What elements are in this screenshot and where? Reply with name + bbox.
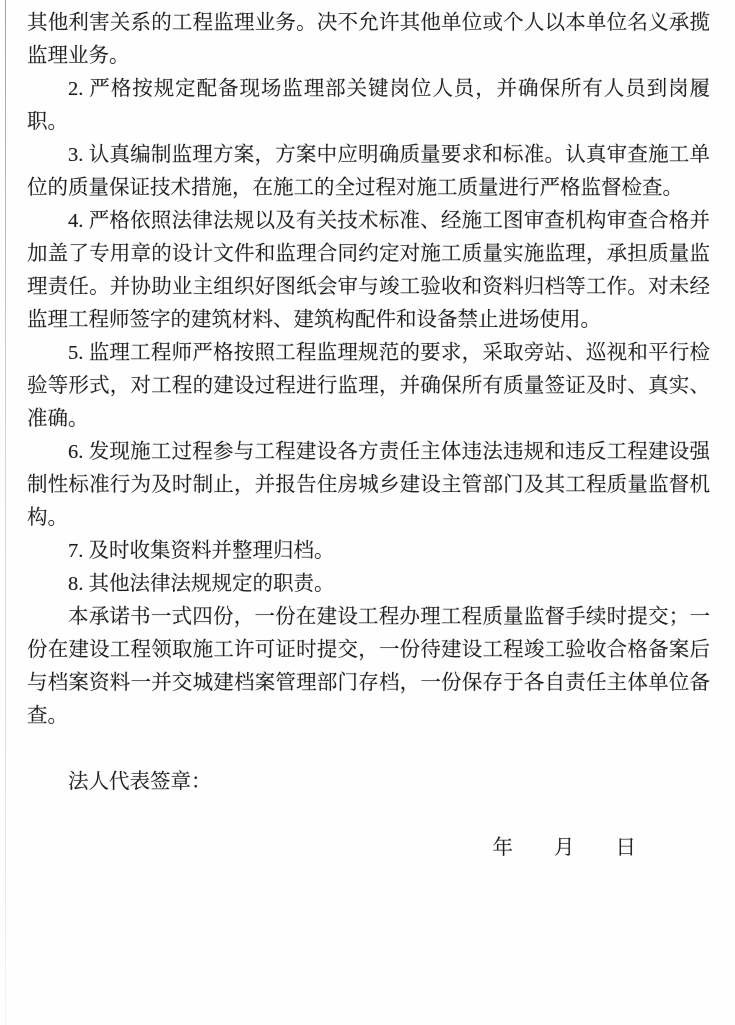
body-paragraph-item-4: 4. 严格依照法律法规以及有关技术标准、经施工图审查机构审查合格并加盖了专用章的… (27, 205, 710, 337)
body-paragraph-item-2: 2. 严格按规定配备现场监理部关键岗位人员，并确保所有人员到岗履职。 (27, 73, 710, 139)
body-paragraph-continuation: 其他利害关系的工程监理业务。决不允许其他单位或个人以本单位名义承揽监理业务。 (27, 7, 710, 73)
legal-representative-signature-label: 法人代表签章： (27, 766, 710, 799)
document-page: 其他利害关系的工程监理业务。决不允许其他单位或个人以本单位名义承揽监理业务。 2… (0, 0, 735, 1025)
body-paragraph-item-8: 8. 其他法律法规规定的职责。 (27, 568, 710, 601)
body-paragraph-item-6: 6. 发现施工过程参与工程建设各方责任主体违法违规和违反工程建设强制性标准行为及… (27, 436, 710, 535)
body-paragraph-closing: 本承诺书一式四份，一份在建设工程办理工程质量监督手续时提交；一份在建设工程领取施… (27, 601, 710, 733)
scan-artifact-line (5, 0, 6, 1025)
body-paragraph-item-7: 7. 及时收集资料并整理归档。 (27, 535, 710, 568)
date-line: 年 月 日 (27, 832, 710, 865)
body-paragraph-item-5: 5. 监理工程师严格按照工程监理规范的要求，采取旁站、巡视和平行检验等形式，对工… (27, 337, 710, 436)
body-paragraph-item-3: 3. 认真编制监理方案，方案中应明确质量要求和标准。认真审查施工单位的质量保证技… (27, 139, 710, 205)
